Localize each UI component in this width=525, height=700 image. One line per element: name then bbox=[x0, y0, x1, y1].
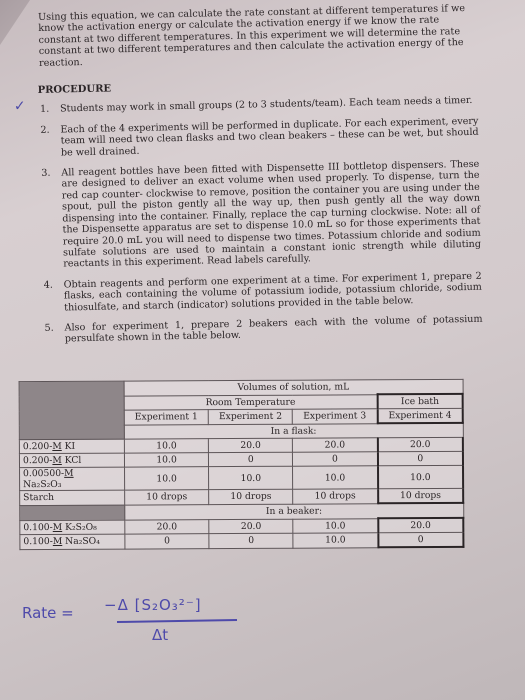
volume-cell: 10.0 bbox=[293, 518, 378, 533]
volume-cell: 0 bbox=[293, 452, 378, 466]
volume-cell: 20.0 bbox=[377, 437, 462, 451]
volume-cell: 0 bbox=[209, 452, 293, 466]
rate-numerator: −Δ [S₂O₃²⁻] bbox=[104, 596, 202, 614]
procedure-step-5: 5. Also for experiment 1, prepare 2 beak… bbox=[43, 314, 483, 346]
rate-denominator: Δt bbox=[152, 626, 168, 644]
table-row: 0.100-M Na₂SO₄0010.00 bbox=[20, 532, 464, 549]
table-row: 0.00500-MNa₂S₂O₃10.010.010.010.0 bbox=[20, 465, 464, 490]
step-text: Each of the 4 experiments will be perfor… bbox=[60, 116, 478, 159]
rate-label: Rate = bbox=[22, 604, 74, 622]
intro-paragraph: Using this equation, we can calculate th… bbox=[38, 3, 477, 69]
document-page: Using this equation, we can calculate th… bbox=[36, 3, 483, 355]
procedure-heading: PROCEDURE bbox=[38, 76, 478, 97]
volumes-table-container: Volumes of solution, mL Room Temperature… bbox=[19, 379, 465, 550]
check-mark-icon: ✓ bbox=[14, 102, 26, 114]
volume-cell: 20.0 bbox=[125, 519, 209, 534]
paper-corner-shadow bbox=[0, 0, 30, 45]
volume-cell: 10.0 bbox=[124, 439, 208, 453]
exp2-header: Experiment 2 bbox=[208, 409, 292, 424]
step-number: 2. bbox=[40, 125, 49, 137]
volume-cell: 10 drops bbox=[378, 488, 463, 503]
volume-cell: 0 bbox=[378, 532, 463, 547]
procedure-step-1: ✓ 1. Students may work in small groups (… bbox=[38, 95, 478, 116]
volume-cell: 10.0 bbox=[378, 465, 464, 488]
volume-cell: 20.0 bbox=[209, 438, 293, 452]
step-number: 4. bbox=[44, 279, 53, 291]
exp3-header: Experiment 3 bbox=[293, 409, 378, 424]
procedure-step-4: 4. Obtain reagents and perform one exper… bbox=[42, 270, 483, 313]
room-temp-header: Room Temperature bbox=[124, 394, 377, 410]
step-text: All reagent bottles have been fitted wit… bbox=[61, 159, 481, 270]
procedure-step-2: 2. Each of the 4 experiments will be per… bbox=[38, 116, 479, 159]
step-number: 5. bbox=[45, 323, 54, 335]
row-label: 0.100-M Na₂SO₄ bbox=[20, 534, 125, 549]
volume-cell: 10.0 bbox=[125, 467, 209, 490]
volume-cell: 20.0 bbox=[293, 438, 378, 452]
exp1-header: Experiment 1 bbox=[124, 410, 208, 425]
ice-bath-header: Ice bath bbox=[377, 394, 462, 409]
beaker-subheader: In a beaker: bbox=[125, 503, 464, 520]
row-label: 0.200-M KI bbox=[19, 439, 124, 454]
row-label: 0.200-M KCl bbox=[19, 453, 124, 468]
volume-cell: 10 drops bbox=[293, 489, 378, 504]
row-label: 0.00500-MNa₂S₂O₃ bbox=[20, 467, 125, 491]
volume-cell: 10.0 bbox=[209, 466, 293, 489]
volume-cell: 10.0 bbox=[293, 466, 378, 489]
volume-cell: 0 bbox=[378, 451, 463, 465]
shaded-corner-cell bbox=[19, 381, 124, 440]
row-label: 0.100-M K₂S₂O₈ bbox=[20, 520, 125, 535]
volume-cell: 0 bbox=[125, 534, 209, 549]
volume-cell: 10 drops bbox=[125, 490, 209, 505]
volume-cell: 20.0 bbox=[378, 518, 463, 533]
volume-cell: 10.0 bbox=[124, 453, 208, 467]
volumes-table: Volumes of solution, mL Room Temperature… bbox=[19, 379, 465, 550]
step-number: 3. bbox=[41, 168, 50, 180]
volume-cell: 10.0 bbox=[293, 533, 378, 548]
row-label: Starch bbox=[20, 490, 125, 505]
step-text: Students may work in small groups (2 to … bbox=[60, 95, 473, 115]
exp4-header: Experiment 4 bbox=[377, 408, 462, 423]
step-text: Also for experiment 1, prepare 2 beakers… bbox=[65, 314, 483, 345]
fraction-bar bbox=[117, 619, 237, 623]
step-number: 1. bbox=[40, 104, 49, 116]
volume-cell: 10 drops bbox=[209, 489, 293, 504]
volume-cell: 0 bbox=[209, 533, 293, 548]
step-text: Obtain reagents and perform one experime… bbox=[64, 270, 482, 313]
volume-cell: 20.0 bbox=[209, 519, 293, 534]
shaded-cell bbox=[20, 505, 125, 521]
procedure-step-3: 3. All reagent bottles have been fitted … bbox=[39, 159, 481, 271]
